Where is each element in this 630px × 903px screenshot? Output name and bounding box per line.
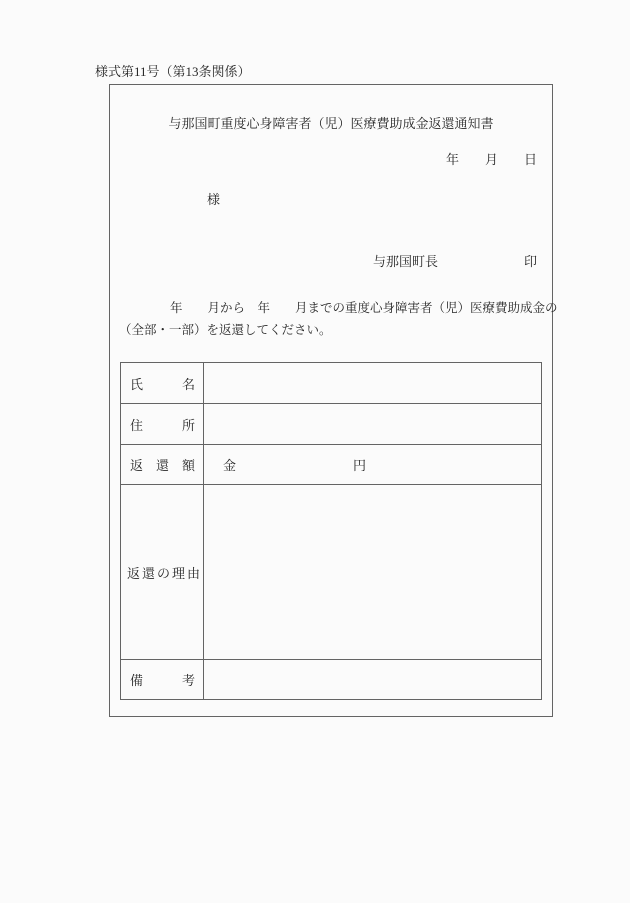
row-label-return-reason: 返還の理由 (121, 485, 204, 660)
row-label-name: 氏 名 (121, 363, 204, 404)
row-label-return-amount: 返 還 額 (121, 445, 204, 485)
row-label-address: 住 所 (121, 404, 204, 445)
body-paragraph: 年 月から 年 月までの重度心身障害者（児）医療費助成金の （全部・一部）を返還… (119, 297, 550, 341)
form-table: 氏 名 住 所 返 還 額 金 円 返還の理由 備 考 (120, 362, 542, 700)
document-frame: 与那国町重度心身障害者（児）医療費助成金返還通知書 年 月 日 様 与那国町長 … (109, 84, 553, 717)
addressee-suffix: 様 (207, 191, 220, 209)
document-title: 与那国町重度心身障害者（児）医療費助成金返還通知書 (110, 115, 552, 133)
date-line: 年 月 日 (446, 151, 537, 169)
row-value-remarks (204, 660, 541, 699)
row-value-address (204, 404, 541, 445)
document-page: 様式第11号（第13条関係） 与那国町重度心身障害者（児）医療費助成金返還通知書… (0, 0, 630, 903)
row-value-return-reason (204, 485, 541, 660)
body-line-1: 年 月から 年 月までの重度心身障害者（児）医療費助成金の (119, 297, 550, 319)
row-value-return-amount: 金 円 (204, 445, 541, 485)
seal-mark: 印 (524, 253, 537, 271)
issuer-line: 与那国町長 印 (373, 253, 537, 271)
row-label-remarks: 備 考 (121, 660, 204, 699)
row-value-name (204, 363, 541, 404)
form-number-label: 様式第11号（第13条関係） (95, 63, 251, 81)
issuer-name: 与那国町長 (373, 253, 438, 271)
body-line-2: （全部・一部）を返還してください。 (119, 319, 550, 341)
